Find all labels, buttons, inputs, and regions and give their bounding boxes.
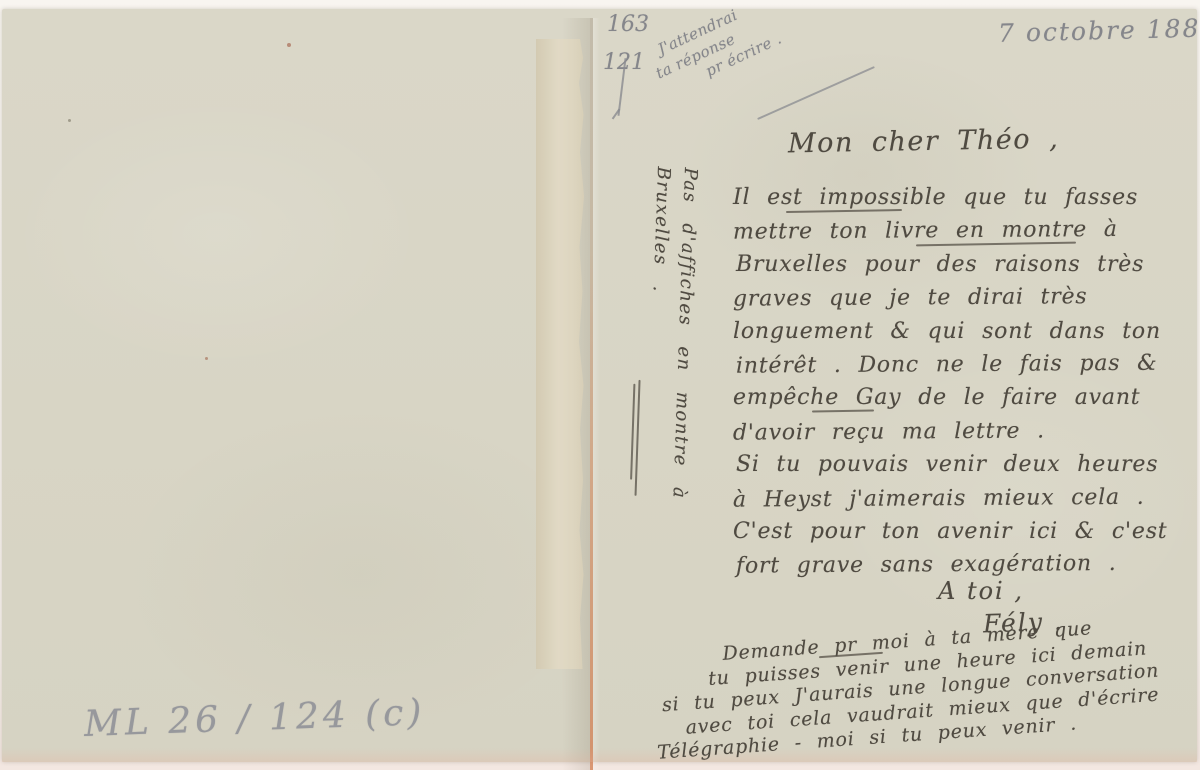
body-line: graves que je te dirai très	[733, 280, 1200, 317]
tape-strip	[536, 39, 586, 669]
foxing-speck	[205, 357, 208, 360]
body-line: empêche Gay de le faire avant	[733, 381, 1200, 414]
archive-number-top: 163	[607, 12, 649, 37]
body-line: à Heyst j'aimerais mieux cela .	[733, 480, 1200, 517]
body-line: C'est pour ton avenir ici & c'est	[733, 515, 1200, 548]
page-edge-highlight	[593, 18, 600, 770]
foxing-speck	[68, 119, 71, 122]
foxing-speck	[287, 43, 291, 47]
closing: A toi ,	[938, 577, 1024, 605]
body-line: Si tu pouvais venir deux heures	[736, 448, 1200, 481]
body-line: Bruxelles pour des raisons très	[736, 248, 1200, 281]
date-annotation: 7 octobre 1881	[998, 13, 1200, 48]
letter-body: Il est impossible que tu fasses mettre t…	[733, 181, 1200, 582]
body-line: d'avoir reçu ma lettre .	[733, 413, 1200, 450]
body-line: intérêt . Donc ne le fais pas &	[736, 346, 1200, 383]
body-line: Il est impossible que tu fasses	[733, 181, 1200, 214]
salutation: Mon cher Théo ,	[788, 124, 1060, 160]
body-line: longuement & qui sont dans ton	[733, 315, 1200, 348]
